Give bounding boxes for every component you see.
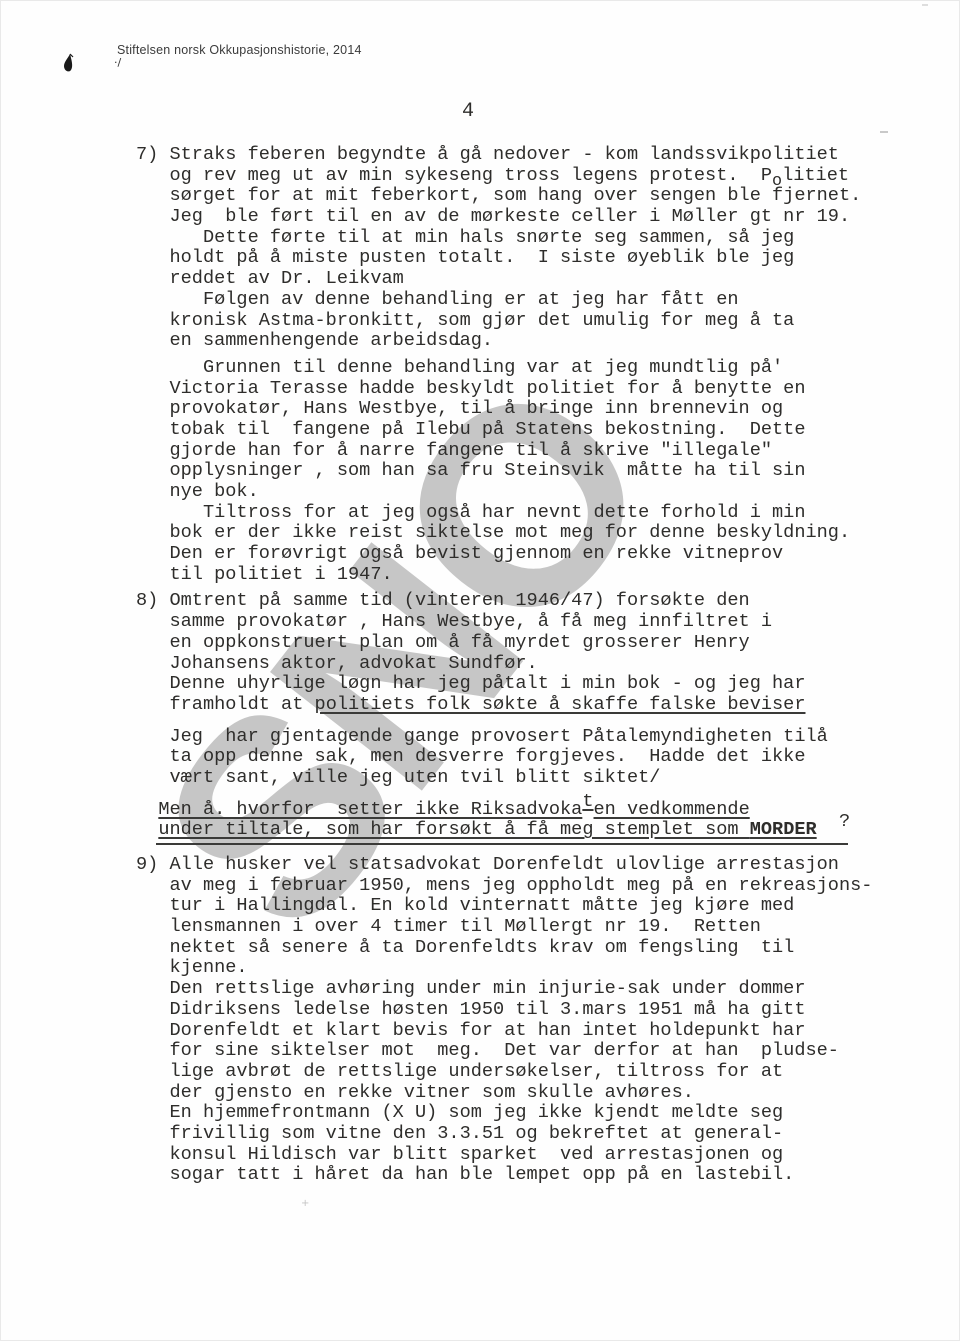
text-line: Johansens aktor, advokat Sundfør. (136, 654, 940, 675)
text-line: lige avbrøt de rettslige undersøkelser, … (136, 1062, 940, 1083)
text-line: kjenne. (136, 958, 940, 979)
text-segment: ? (839, 811, 850, 832)
text-line: Men å. hvorfor setter ikke Riksadvokaten… (136, 800, 940, 821)
text-line: Følgen av denne behandling er at jeg har… (136, 290, 940, 311)
text-line: Dorenfeldt et klart bevis for at han int… (136, 1021, 940, 1042)
text-line: kronisk Astma-bronkitt, som gjør det umu… (136, 311, 940, 332)
text-line: sørget for at mit feberkort, som hang ov… (136, 186, 940, 207)
text-segment (136, 799, 158, 820)
text-line: en sammenhengende arbeidsdag. (136, 331, 940, 352)
text-line: holdt på å miste pusten totalt. I siste … (136, 248, 940, 269)
text-line: ta opp denne sak, men desverre forgjeves… (136, 747, 940, 768)
scan-speck (922, 4, 928, 6)
text-line: lensmannen i over 4 timer til Møllergt n… (136, 917, 940, 938)
pen-mark-icon (61, 53, 77, 75)
text-line: og rev meg ut av min sykeseng tross lege… (136, 166, 940, 187)
text-line: Victoria Terasse hadde beskyldt politiet… (136, 379, 940, 400)
text-segment: under tiltale, som har forsøkt å få meg … (158, 819, 749, 840)
scan-speck: + (301, 1198, 309, 1209)
text-line: Tiltross for at jeg også har nevnt dette… (136, 503, 940, 524)
text-line: Den rettslige avhøring under min injurie… (136, 979, 940, 1000)
text-segment (136, 819, 158, 840)
text-segment: MORDER (750, 819, 817, 840)
text-line: der gjensto en rekke vitner som skulle a… (136, 1083, 940, 1104)
text-line: opplysninger , som han sa fru Steinsvik … (136, 461, 940, 482)
text-line: bok er der ikke reist siktelse mot meg f… (136, 523, 940, 544)
text-line: konsul Hildisch var blitt sparket ved ar… (136, 1145, 940, 1166)
paragraph-block: En hjemmefrontmann (X U) som jeg ikke kj… (136, 1103, 940, 1186)
paragraph-block: Grunnen til denne behandling var at jeg … (136, 358, 940, 586)
text-line: 9) Alle husker vel statsadvokat Dorenfel… (136, 855, 940, 876)
text-line: for sine siktelser mot meg. Det var derf… (136, 1041, 940, 1062)
text-segment: en vedkommende (594, 799, 750, 820)
text-line: nye bok. (136, 482, 940, 503)
text-line: Jeg ble ført til en av de mørkeste celle… (136, 207, 940, 228)
paragraph-block: 8) Omtrent på samme tid (vinteren 1946/4… (136, 591, 940, 715)
text-line: til politiet i 1947. (136, 565, 940, 586)
text-line: En hjemmefrontmann (X U) som jeg ikke kj… (136, 1103, 940, 1124)
text-line: vært sant, ville jeg uten tvil blitt sik… (136, 768, 940, 789)
text-segment: og rev meg ut av min sykeseng tross lege… (136, 165, 772, 186)
document-page: Stiftelsen norsk Okkupasjonshistorie, 20… (0, 0, 960, 1341)
archive-source-label: Stiftelsen norsk Okkupasjonshistorie, 20… (117, 43, 362, 57)
text-segment: Men å. hvorfor setter ikke Riksadvoka (158, 799, 582, 820)
text-line: en oppkonstruert plan om å få myrdet gro… (136, 633, 940, 654)
text-segment: t (582, 791, 593, 812)
paragraph-block: 9) Alle husker vel statsadvokat Dorenfel… (136, 855, 940, 1103)
text-line: av meg i februar 1950, mens jeg oppholdt… (136, 876, 940, 897)
ink-dot-artifact: ·/ (114, 56, 121, 69)
text-line: samme provokatør , Hans Westbye, å få me… (136, 612, 940, 633)
text-segment (817, 819, 839, 840)
paragraph-block: Men å. hvorfor setter ikke Riksadvokaten… (136, 800, 940, 841)
text-line: sogar tatt i håret da han ble lempet opp… (136, 1165, 940, 1186)
text-line: Didriksens ledelse høsten 1950 til 3.mar… (136, 1000, 940, 1021)
text-line: Denne uhyrlige løgn har jeg påtalt i min… (136, 674, 940, 695)
text-line: frivillig som vitne den 3.3.51 og bekref… (136, 1124, 940, 1145)
text-line: Den er forøvrigt også bevist gjennom en … (136, 544, 940, 565)
text-line: framholdt at politiets folk søkte å skaf… (136, 695, 940, 716)
text-line: Jeg har gjentagende gange provosert Påta… (136, 727, 940, 748)
paragraph-block: 7) Straks feberen begyndte å gå nedover … (136, 145, 940, 352)
text-segment: politiets folk søkte å skaffe falske bev… (315, 694, 806, 715)
text-line: reddet av Dr. Leikvam (136, 269, 940, 290)
text-line: 8) Omtrent på samme tid (vinteren 1946/4… (136, 591, 940, 612)
document-body: 7) Straks feberen begyndte å gå nedover … (136, 145, 940, 1186)
text-segment: litiet (782, 165, 849, 186)
text-line: provokatør, Hans Westbye, til å bringe i… (136, 399, 940, 420)
text-line: tobak til fangene på Ilebu på Statens be… (136, 420, 940, 441)
text-line: tur i Hallingdal. En kold vinternatt måt… (136, 896, 940, 917)
text-segment: framholdt at (136, 694, 315, 715)
paragraph-block: Jeg har gjentagende gange provosert Påta… (136, 727, 940, 789)
text-line: Grunnen til denne behandling var at jeg … (136, 358, 940, 379)
text-line: gjorde han for å narre fangene til å skr… (136, 441, 940, 462)
scan-speck (880, 131, 888, 133)
text-line: Dette førte til at min hals snørte seg s… (136, 228, 940, 249)
text-line: 7) Straks feberen begyndte å gå nedover … (136, 145, 940, 166)
page-number: 4 (462, 100, 474, 123)
text-line: under tiltale, som har forsøkt å få meg … (136, 820, 940, 841)
text-line: nektet så senere å ta Dorenfeldts krav o… (136, 938, 940, 959)
